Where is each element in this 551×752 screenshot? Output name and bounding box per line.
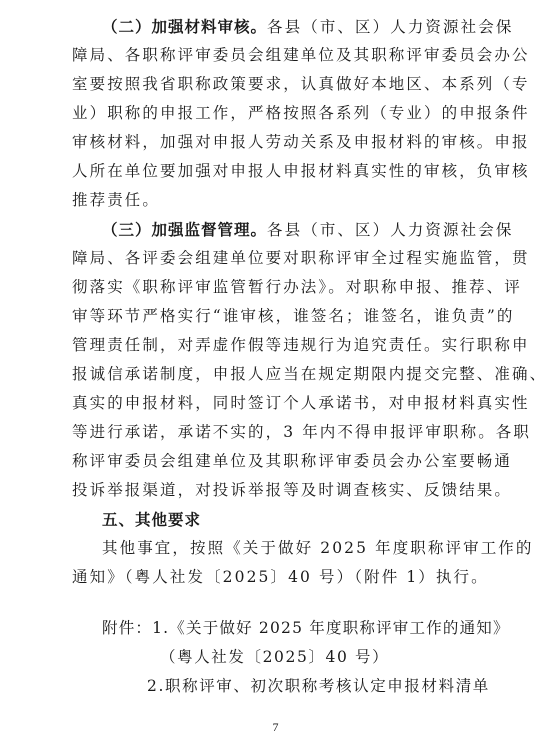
- section-2-line: 障局、各职称评审委员会组建单位及其职称评审委员会办公: [72, 41, 464, 70]
- document-page: （二）加强材料审核。各县（市、区）人力资源社会保 障局、各职称评审委员会组建单位…: [72, 12, 464, 701]
- section-3-line: 真实的申报材料，同时签订个人承诺书，对申报材料真实性: [72, 389, 464, 418]
- section-5-line: 通知》（粤人社发〔2025〕40 号）（附件 1）执行。: [72, 563, 464, 592]
- section-5-line: 其他事宜，按照《关于做好 2025 年度职称评审工作的: [72, 534, 464, 563]
- section-3-line: 彻落实《职称评审监管暂行办法》。对职称申报、推荐、评: [72, 273, 464, 302]
- section-3-line-1: （三）加强监督管理。各县（市、区）人力资源社会保: [72, 215, 464, 244]
- section-2-line: 人所在单位要加强对申报人申报材料真实性的审核，负审核: [72, 157, 464, 186]
- attachment-2: 2.职称评审、初次职称考核认定申报材料清单: [72, 672, 464, 701]
- section-3-line: 审等环节严格实行“谁审核，谁签名；谁签名，谁负责”的: [72, 302, 464, 331]
- spacer: [72, 592, 464, 614]
- section-2-line: 业）职称的申报工作，严格按照各系列（专业）的申报条件: [72, 99, 464, 128]
- section-5-heading: 五、其他要求: [72, 505, 464, 534]
- section-2-line: 室要按照我省职称政策要求，认真做好本地区、本系列（专: [72, 70, 464, 99]
- page-number: 7: [0, 720, 551, 735]
- attachment-1-doc-number: （粤人社发〔2025〕40 号）: [72, 643, 464, 672]
- attachment-1: 附件：1.《关于做好 2025 年度职称评审工作的通知》: [72, 614, 464, 643]
- section-2-title: （二）加强材料审核。: [102, 17, 267, 36]
- section-3-line: 投诉举报渠道，对投诉举报等及时调查核实、反馈结果。: [72, 476, 464, 505]
- section-3-line: 称评审委员会组建单位及其职称评审委员会办公室要畅通: [72, 447, 464, 476]
- section-3-title: （三）加强监督管理。: [102, 220, 267, 239]
- section-3-line: 报诚信承诺制度，申报人应当在规定期限内提交完整、准确、: [72, 360, 464, 389]
- section-3-line: 管理责任制，对弄虚作假等违规行为追究责任。实行职称申: [72, 331, 464, 360]
- section-3-line: 等进行承诺，承诺不实的，3 年内不得申报评审职称。各职: [72, 418, 464, 447]
- section-2-line: 审核材料，加强对申报人劳动关系及申报材料的审核。申报: [72, 128, 464, 157]
- section-2-line-1: （二）加强材料审核。各县（市、区）人力资源社会保: [72, 12, 464, 41]
- section-2-line: 推荐责任。: [72, 186, 464, 215]
- section-3-line: 障局、各评委会组建单位要对职称评审全过程实施监管，贯: [72, 244, 464, 273]
